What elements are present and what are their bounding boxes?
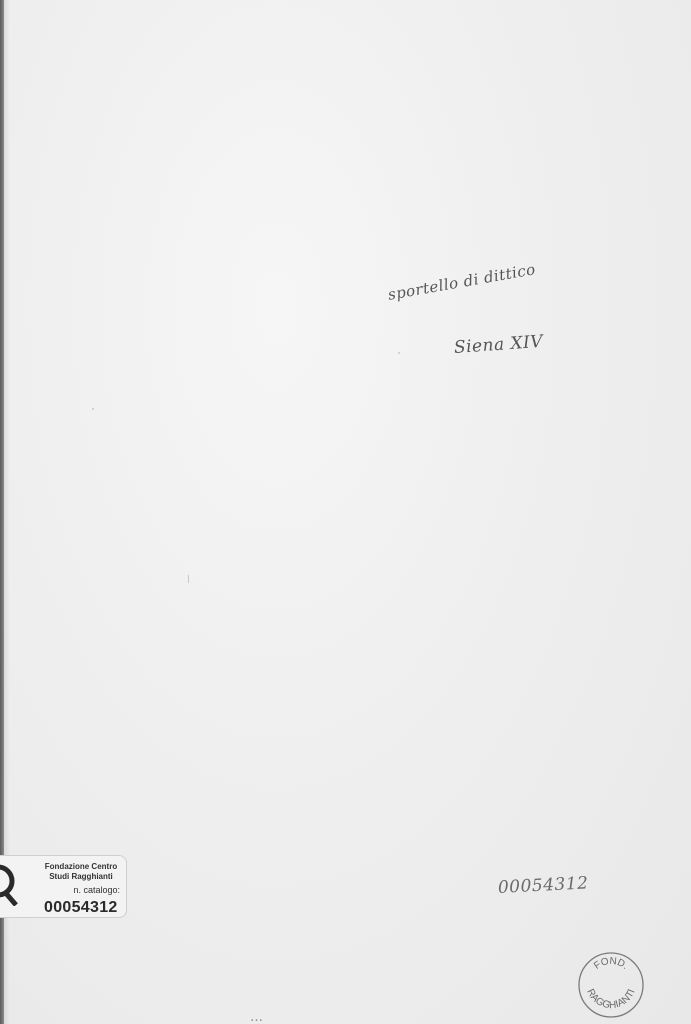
handwritten-catalog-number: 00054312 <box>497 873 588 898</box>
label-organization-line2: Studi Ragghianti <box>36 872 126 882</box>
ragghianti-r-logo-icon <box>0 862 20 906</box>
label-catalog-number: 00054312 <box>44 899 118 917</box>
handwritten-attribution: Siena XIV <box>453 332 543 358</box>
catalog-label: Fondazione Centro Studi Ragghianti n. ca… <box>0 855 127 918</box>
handwritten-bottom-fragment: … <box>250 1010 264 1024</box>
photo-verso-sheet: sportello di dittico Siena XIV 00054312 … <box>0 0 691 1024</box>
label-catalog-caption: n. catalogo: <box>73 885 120 895</box>
handwritten-description: sportello di dittico <box>386 260 537 304</box>
round-stamp-icon: FOND. RAGGHIANTI <box>576 950 646 1020</box>
paper-speck <box>398 352 400 354</box>
label-organization: Fondazione Centro Studi Ragghianti <box>36 862 126 882</box>
stamp-top-text: FOND. <box>592 956 630 972</box>
paper-speck <box>92 408 94 410</box>
label-organization-line1: Fondazione Centro <box>36 862 126 872</box>
paper-mark <box>188 575 189 583</box>
stamp-bottom-text: RAGGHIANTI <box>584 987 637 1011</box>
